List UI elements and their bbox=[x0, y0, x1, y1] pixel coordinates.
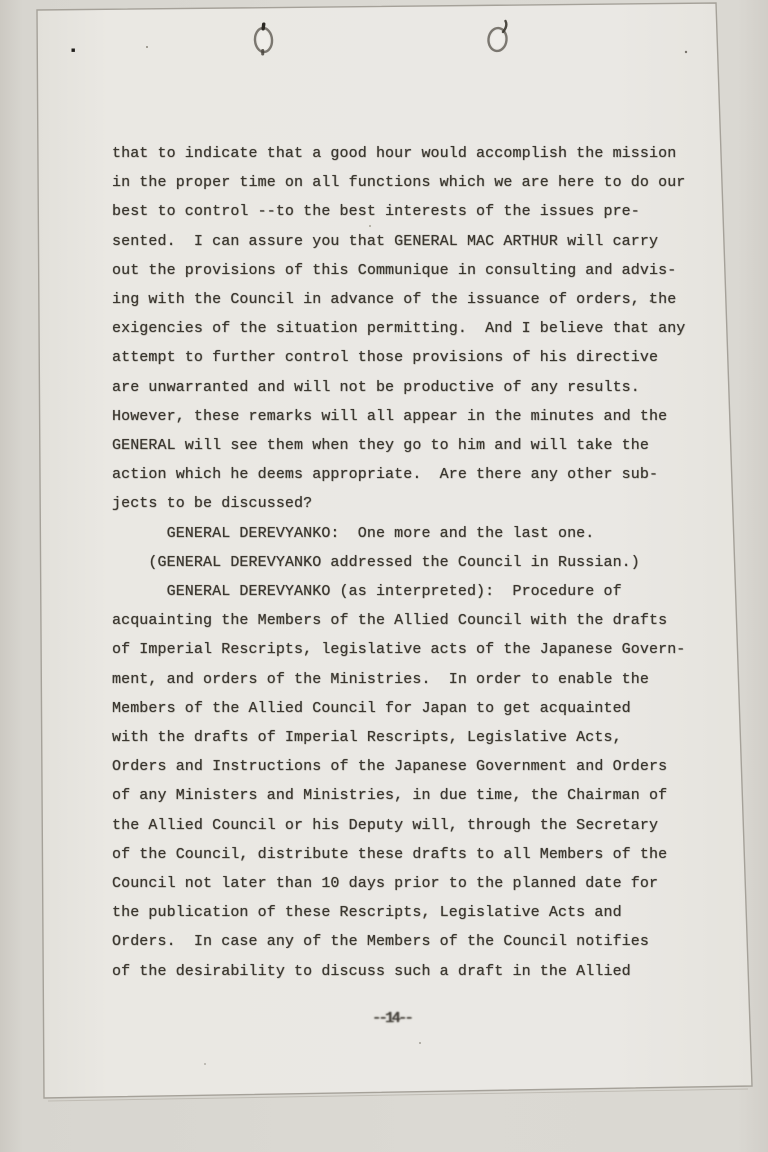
page-number: --14-- bbox=[372, 1008, 411, 1030]
text-line: best to control --to the best interests … bbox=[112, 197, 692, 226]
text-line: with the drafts of Imperial Rescripts, L… bbox=[112, 723, 692, 752]
text-line: However, these remarks will all appear i… bbox=[112, 402, 692, 431]
text-line: of the Council, distribute these drafts … bbox=[112, 840, 692, 869]
text-line: Members of the Allied Council for Japan … bbox=[112, 694, 692, 723]
text-line: of any Ministers and Ministries, in due … bbox=[112, 781, 692, 810]
text-line: attempt to further control those provisi… bbox=[112, 343, 692, 372]
text-line: GENERAL DEREVYANKO (as interpreted): Pro… bbox=[112, 577, 692, 606]
text-line: Council not later than 10 days prior to … bbox=[112, 869, 692, 898]
text-line: ment, and orders of the Ministries. In o… bbox=[112, 665, 692, 694]
text-line: in the proper time on all functions whic… bbox=[112, 168, 692, 197]
scanned-document-page: that to indicate that a good hour would … bbox=[0, 0, 768, 1152]
text-line: action which he deems appropriate. Are t… bbox=[112, 460, 692, 489]
text-line: out the provisions of this Communique in… bbox=[112, 256, 692, 285]
text-line: GENERAL will see them when they go to hi… bbox=[112, 431, 692, 460]
text-line: of Imperial Rescripts, legislative acts … bbox=[112, 635, 692, 664]
document-text: that to indicate that a good hour would … bbox=[112, 139, 692, 986]
text-line: the Allied Council or his Deputy will, t… bbox=[112, 811, 692, 840]
text-line: Orders and Instructions of the Japanese … bbox=[112, 752, 692, 781]
text-line: GENERAL DEREVYANKO: One more and the las… bbox=[112, 519, 692, 548]
text-line: the publication of these Rescripts, Legi… bbox=[112, 898, 692, 927]
text-line: jects to be discussed? bbox=[112, 489, 692, 518]
text-line: are unwarranted and will not be producti… bbox=[112, 373, 692, 402]
text-line: that to indicate that a good hour would … bbox=[112, 139, 692, 168]
text-line: of the desirability to discuss such a dr… bbox=[112, 957, 692, 986]
text-line: Orders. In case any of the Members of th… bbox=[112, 927, 692, 956]
text-line: ing with the Council in advance of the i… bbox=[112, 285, 692, 314]
text-line: sented. I can assure you that GENERAL MA… bbox=[112, 227, 692, 256]
text-line: acquainting the Members of the Allied Co… bbox=[112, 606, 692, 635]
text-line: (GENERAL DEREVYANKO addressed the Counci… bbox=[112, 548, 692, 577]
text-line: exigencies of the situation permitting. … bbox=[112, 314, 692, 343]
